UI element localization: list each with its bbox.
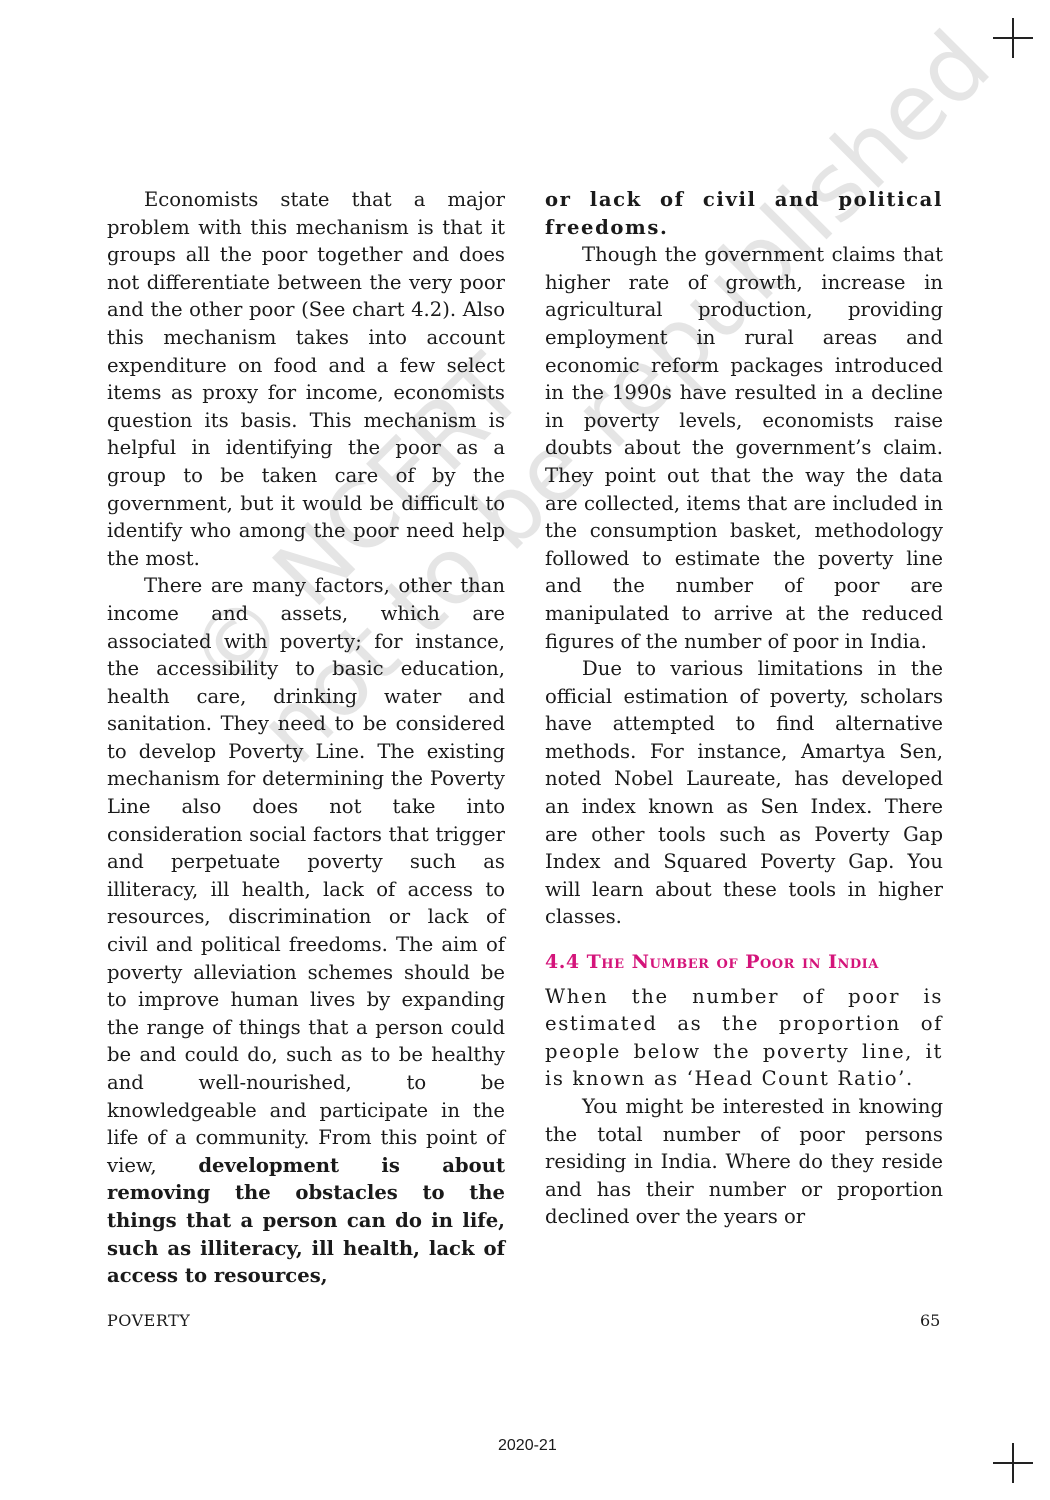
paragraph: When the number of poor is estimated as …	[545, 983, 943, 1093]
crop-mark-icon	[993, 18, 1033, 58]
footer-chapter-title: POVERTY	[107, 1311, 190, 1330]
page-number: 65	[920, 1311, 940, 1330]
edition-year: 2020-21	[498, 1437, 557, 1455]
crop-mark-icon	[993, 1443, 1033, 1483]
paragraph-text: There are many factors, other than incom…	[107, 574, 505, 1176]
emphasis-text: or lack of civil and political freedoms.	[545, 186, 943, 241]
left-column: Economists state that a major problem wi…	[107, 186, 505, 1290]
paragraph: You might be interested in knowing the t…	[545, 1093, 943, 1231]
paragraph: Though the government claims that higher…	[545, 241, 943, 655]
paragraph: Due to various limitations in the offici…	[545, 655, 943, 931]
paragraph: Economists state that a major problem wi…	[107, 186, 505, 572]
right-column: or lack of civil and political freedoms.…	[545, 186, 943, 1231]
section-heading: 4.4 The Number of Poor in India	[545, 949, 943, 977]
paragraph: There are many factors, other than incom…	[107, 572, 505, 1289]
